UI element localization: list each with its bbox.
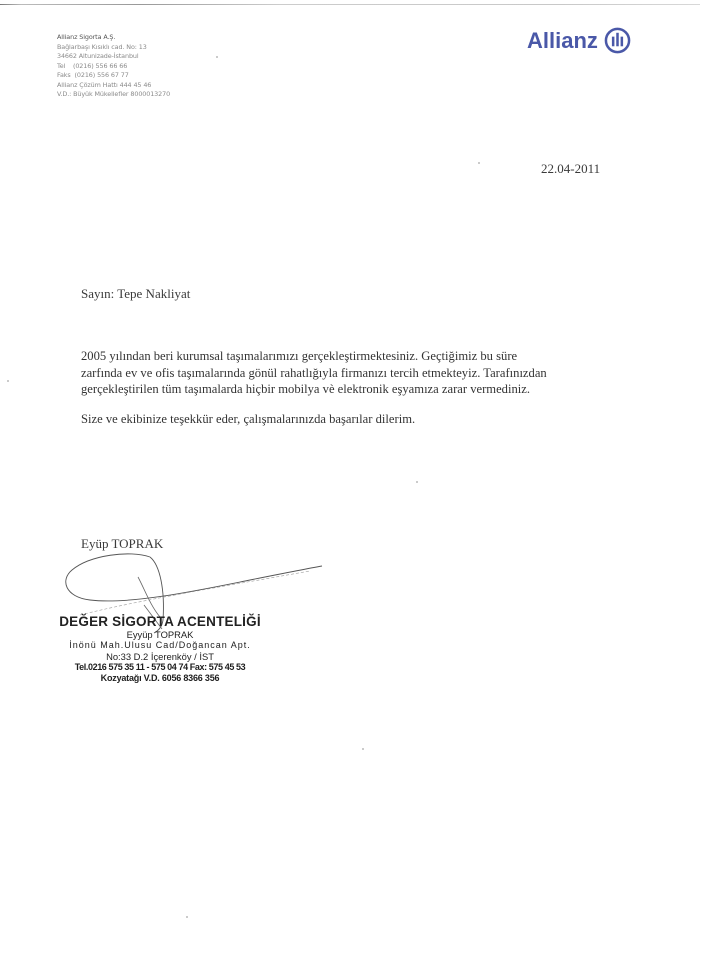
sender-tax-office: V.D.: Büyük Mükellefler 8000013270 <box>57 90 170 100</box>
paper-speck <box>362 748 364 750</box>
allianz-eagle-emblem-icon <box>604 27 631 54</box>
paper-speck <box>478 162 480 164</box>
allianz-logo: Allianz <box>527 27 631 54</box>
paper-speck <box>216 56 218 58</box>
paper-speck <box>416 481 418 483</box>
letter-date: 22.04-2011 <box>541 161 600 177</box>
sender-address-block: Allianz Sigorta A.Ş. Bağlarbaşı Kısıklı … <box>57 33 170 100</box>
sender-fax: Faks (0216) 556 67 77 <box>57 71 170 81</box>
agency-stamp: DEĞER SİGORTA ACENTELİĞİ Eyyüp TOPRAK İn… <box>55 614 265 684</box>
body-line: zarfında ev ve ofis taşımalarında gönül … <box>81 365 621 382</box>
sender-address-line: Bağlarbaşı Kısıklı cad. No: 13 <box>57 43 170 53</box>
body-line: gerçekleştirilen tüm taşımalarda hiçbir … <box>81 381 621 398</box>
logo-wordmark: Allianz <box>527 28 598 54</box>
sender-address-line: 34662 Altunizade-İstanbul <box>57 52 170 62</box>
stamp-address-1: İnönü Mah.Ulusu Cad/Doğancan Apt. <box>55 640 265 651</box>
closing-line: Size ve ekibinize teşekkür eder, çalışma… <box>81 412 415 427</box>
stamp-address-2: No:33 D.2 İçerenköy / İST <box>55 651 265 662</box>
body-line: 2005 yılından beri kurumsal taşımalarımı… <box>81 348 621 365</box>
letter-body: 2005 yılından beri kurumsal taşımalarımı… <box>81 348 621 398</box>
stamp-agency-name: DEĞER SİGORTA ACENTELİĞİ <box>55 614 265 629</box>
salutation: Sayın: Tepe Nakliyat <box>81 286 190 302</box>
stamp-person: Eyyüp TOPRAK <box>55 629 265 640</box>
page-top-edge <box>0 4 700 5</box>
sender-company: Allianz Sigorta A.Ş. <box>57 33 170 43</box>
paper-speck <box>186 916 188 918</box>
stamp-phone: Tel.0216 575 35 11 - 575 04 74 Fax: 575 … <box>55 662 265 673</box>
paper-speck <box>7 380 9 382</box>
stamp-tax-office: Kozyatağı V.D. 6056 8366 356 <box>55 673 265 684</box>
sender-hotline: Allianz Çözüm Hattı 444 45 46 <box>57 81 170 91</box>
sender-phone: Tel (0216) 556 66 66 <box>57 62 170 72</box>
